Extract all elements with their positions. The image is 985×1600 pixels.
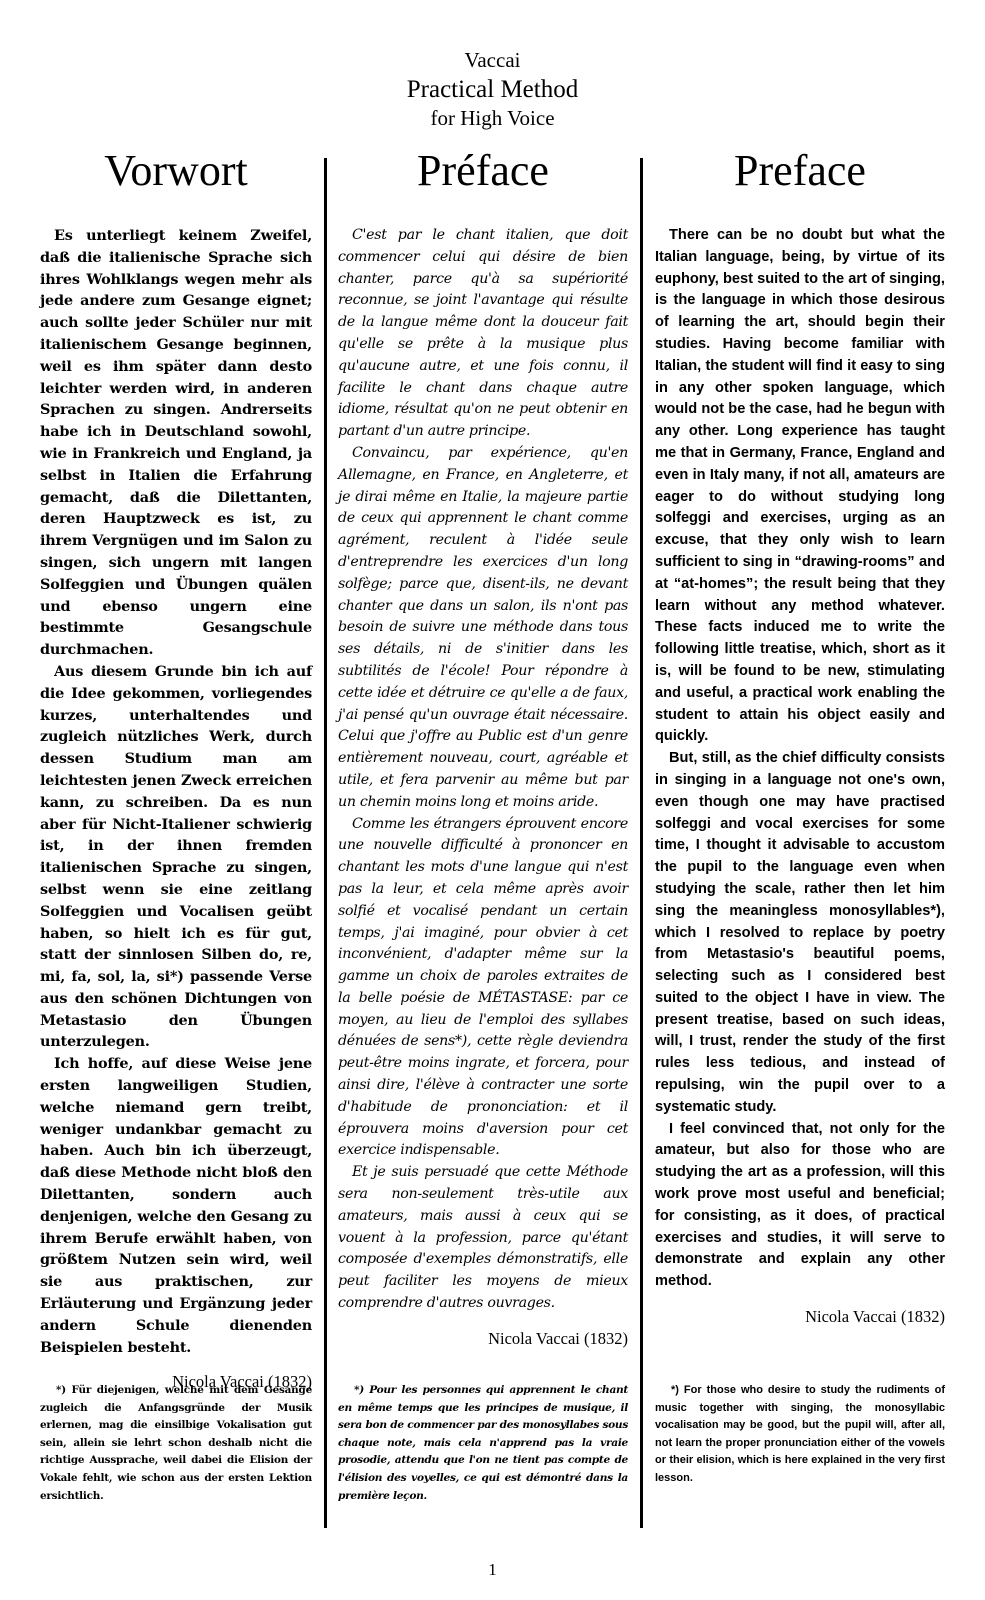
- signature: Nicola Vaccai (1832): [655, 1307, 945, 1327]
- paragraph: C'est par le chant italien, que doit com…: [338, 225, 628, 443]
- column-divider: [640, 158, 643, 1528]
- paragraph: Comme les étrangers éprouvent encore une…: [338, 814, 628, 1163]
- french-column: Préface C'est par le chant italien, que …: [338, 140, 628, 1349]
- english-body: There can be no doubt but what the Itali…: [655, 225, 945, 1293]
- english-column: Preface There can be no doubt but what t…: [655, 140, 945, 1327]
- composer-name: Vaccai: [0, 46, 985, 75]
- english-heading: Preface: [655, 140, 945, 225]
- german-body: Es unterliegt keinem Zweifel, daß die it…: [40, 225, 312, 1358]
- signature: Nicola Vaccai (1832): [338, 1329, 628, 1349]
- footnote-text: *) For those who desire to study the rud…: [655, 1382, 945, 1488]
- footnote-text: *) Pour les personnes qui apprennent le …: [338, 1382, 628, 1505]
- paragraph: Es unterliegt keinem Zweifel, daß die it…: [40, 225, 312, 661]
- paragraph: There can be no doubt but what the Itali…: [655, 225, 945, 748]
- footnote-text: *) Für diejenigen, welche mit dem Gesang…: [40, 1382, 312, 1505]
- paragraph: Ich hoffe, auf diese Weise jene ersten l…: [40, 1053, 312, 1358]
- paragraph: Aus diesem Grunde bin ich auf die Idee g…: [40, 661, 312, 1053]
- german-footnote: *) Für diejenigen, welche mit dem Gesang…: [40, 1382, 312, 1505]
- german-heading: Vorwort: [40, 140, 312, 225]
- book-subtitle: for High Voice: [0, 104, 985, 133]
- german-column: Vorwort Es unterliegt keinem Zweifel, da…: [40, 140, 312, 1392]
- french-heading: Préface: [338, 140, 628, 225]
- book-title: Practical Method: [0, 75, 985, 104]
- french-footnote: *) Pour les personnes qui apprennent le …: [338, 1382, 628, 1505]
- french-body: C'est par le chant italien, que doit com…: [338, 225, 628, 1315]
- column-divider: [324, 158, 327, 1528]
- paragraph: I feel convinced that, not only for the …: [655, 1119, 945, 1293]
- paragraph: Convaincu, par expérience, qu'en Allemag…: [338, 443, 628, 814]
- english-footnote: *) For those who desire to study the rud…: [655, 1382, 945, 1488]
- paragraph: Et je suis persuadé que cette Méthode se…: [338, 1162, 628, 1315]
- paragraph: But, still, as the chief difficulty cons…: [655, 748, 945, 1119]
- page-number: 1: [0, 1560, 985, 1580]
- page-header: Vaccai Practical Method for High Voice: [0, 46, 985, 133]
